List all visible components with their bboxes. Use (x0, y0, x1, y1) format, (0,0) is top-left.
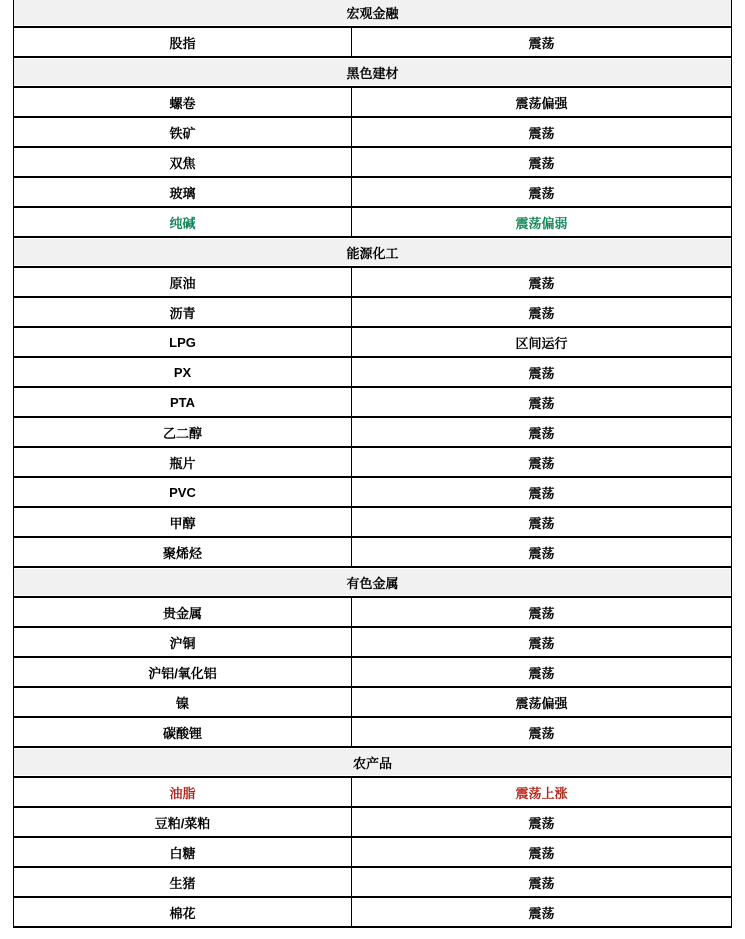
commodity-row: 玻璃震荡 (14, 176, 731, 206)
commodity-row: 生猪震荡 (14, 866, 731, 896)
commodity-name-cell: 原油 (14, 268, 351, 296)
section-header-row: 农产品 (14, 746, 731, 776)
commodity-name-cell: 乙二醇 (14, 418, 351, 446)
section-title: 能源化工 (14, 238, 731, 266)
outlook-cell: 震荡 (351, 658, 731, 686)
section-title: 宏观金融 (14, 0, 731, 26)
commodity-row: 螺卷震荡偏强 (14, 86, 731, 116)
outlook-cell: 震荡 (351, 718, 731, 746)
section-header-row: 黑色建材 (14, 56, 731, 86)
section-title: 农产品 (14, 748, 731, 776)
outlook-table: 宏观金融股指震荡黑色建材螺卷震荡偏强铁矿震荡双焦震荡玻璃震荡纯碱震荡偏弱能源化工… (13, 0, 732, 928)
outlook-cell: 震荡 (351, 388, 731, 416)
outlook-cell: 震荡 (351, 268, 731, 296)
commodity-row: 股指震荡 (14, 26, 731, 56)
commodity-row: 豆粕/菜粕震荡 (14, 806, 731, 836)
outlook-cell: 区间运行 (351, 328, 731, 356)
commodity-name-cell: 双焦 (14, 148, 351, 176)
outlook-cell: 震荡 (351, 538, 731, 566)
commodity-row: 白糖震荡 (14, 836, 731, 866)
section-header-row: 宏观金融 (14, 0, 731, 26)
section-title: 有色金属 (14, 568, 731, 596)
section-header-row: 能源化工 (14, 236, 731, 266)
outlook-cell: 震荡 (351, 808, 731, 836)
outlook-cell: 震荡 (351, 298, 731, 326)
commodity-row: 聚烯烃震荡 (14, 536, 731, 566)
commodity-row: 镍震荡偏强 (14, 686, 731, 716)
commodity-name-cell: 贵金属 (14, 598, 351, 626)
outlook-cell: 震荡 (351, 418, 731, 446)
commodity-name-cell: 瓶片 (14, 448, 351, 476)
commodity-name-cell: 沪铜 (14, 628, 351, 656)
outlook-cell: 震荡 (351, 628, 731, 656)
commodity-row: 铁矿震荡 (14, 116, 731, 146)
commodity-row: 棉花震荡 (14, 896, 731, 926)
outlook-cell: 震荡 (351, 358, 731, 386)
commodity-row: 原油震荡 (14, 266, 731, 296)
commodity-name-cell: 聚烯烃 (14, 538, 351, 566)
outlook-cell: 震荡 (351, 478, 731, 506)
commodity-row: 沪铜震荡 (14, 626, 731, 656)
commodity-row: 乙二醇震荡 (14, 416, 731, 446)
outlook-cell: 震荡 (351, 838, 731, 866)
outlook-cell: 震荡上涨 (351, 778, 731, 806)
commodity-name-cell: PX (14, 358, 351, 386)
commodity-name-cell: 沪铝/氧化铝 (14, 658, 351, 686)
commodity-row: 沥青震荡 (14, 296, 731, 326)
commodity-row: PX震荡 (14, 356, 731, 386)
commodity-row: LPG区间运行 (14, 326, 731, 356)
commodity-row: 甲醇震荡 (14, 506, 731, 536)
outlook-cell: 震荡 (351, 508, 731, 536)
commodity-row: 双焦震荡 (14, 146, 731, 176)
outlook-cell: 震荡 (351, 448, 731, 476)
outlook-cell: 震荡 (351, 148, 731, 176)
commodity-name-cell: 镍 (14, 688, 351, 716)
commodity-name-cell: 生猪 (14, 868, 351, 896)
commodity-name-cell: 白糖 (14, 838, 351, 866)
commodity-name-cell: 纯碱 (14, 208, 351, 236)
commodity-name-cell: PTA (14, 388, 351, 416)
outlook-cell: 震荡 (351, 178, 731, 206)
commodity-row: 沪铝/氧化铝震荡 (14, 656, 731, 686)
commodity-name-cell: 股指 (14, 28, 351, 56)
commodity-name-cell: LPG (14, 328, 351, 356)
outlook-cell: 震荡偏弱 (351, 208, 731, 236)
commodity-row: PTA震荡 (14, 386, 731, 416)
commodity-name-cell: 油脂 (14, 778, 351, 806)
commodity-row: 瓶片震荡 (14, 446, 731, 476)
commodity-name-cell: 豆粕/菜粕 (14, 808, 351, 836)
commodity-name-cell: 碳酸锂 (14, 718, 351, 746)
commodity-row: 碳酸锂震荡 (14, 716, 731, 746)
section-header-row: 有色金属 (14, 566, 731, 596)
commodity-row: 纯碱震荡偏弱 (14, 206, 731, 236)
commodity-name-cell: PVC (14, 478, 351, 506)
outlook-cell: 震荡 (351, 898, 731, 926)
commodity-row: PVC震荡 (14, 476, 731, 506)
commodity-row: 贵金属震荡 (14, 596, 731, 626)
commodity-name-cell: 沥青 (14, 298, 351, 326)
outlook-cell: 震荡偏强 (351, 88, 731, 116)
outlook-cell: 震荡 (351, 28, 731, 56)
commodity-name-cell: 棉花 (14, 898, 351, 926)
outlook-cell: 震荡 (351, 118, 731, 146)
outlook-cell: 震荡偏强 (351, 688, 731, 716)
outlook-cell: 震荡 (351, 598, 731, 626)
commodity-name-cell: 螺卷 (14, 88, 351, 116)
outlook-cell: 震荡 (351, 868, 731, 896)
commodity-name-cell: 甲醇 (14, 508, 351, 536)
commodity-row: 油脂震荡上涨 (14, 776, 731, 806)
commodity-name-cell: 铁矿 (14, 118, 351, 146)
section-title: 黑色建材 (14, 58, 731, 86)
commodity-name-cell: 玻璃 (14, 178, 351, 206)
